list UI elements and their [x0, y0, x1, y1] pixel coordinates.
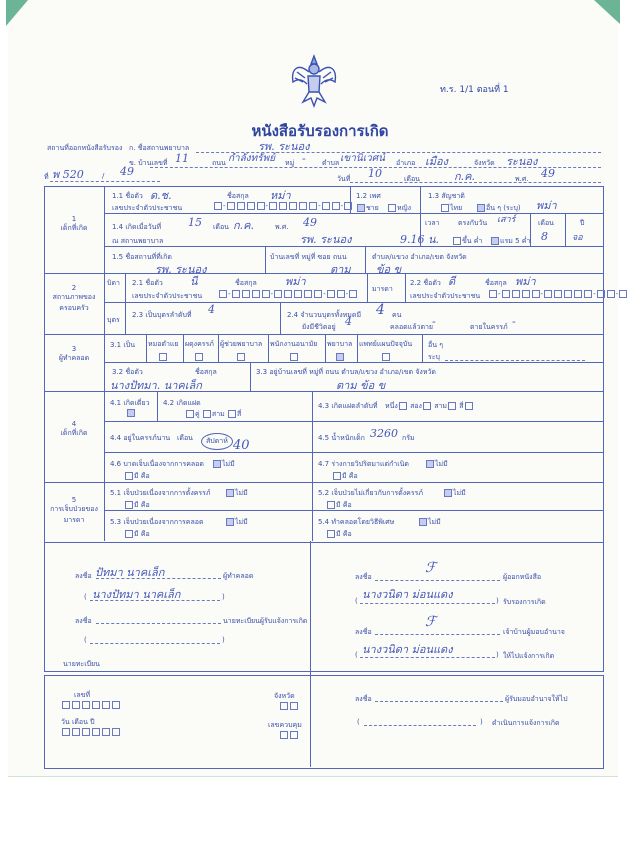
sex-label: 1.2 เพศ [356, 191, 381, 202]
lunar-day-value[interactable]: เสาร์ [497, 212, 515, 226]
child-surname-label: ชื่อสกุล [227, 191, 249, 202]
at-hospital-label: ณ สถานพยาบาล [112, 236, 163, 247]
weight-value[interactable]: 3260 [370, 427, 398, 440]
born-year-label: พ.ศ. [275, 222, 289, 233]
delegate-sign-label: ลงชื่อ [355, 694, 372, 705]
birth-order-label: 2.3 เป็นบุตรลำดับที่ [132, 310, 192, 321]
section-1-heading: 1เด็กที่เกิด [44, 215, 104, 234]
pregnancy-illness-has[interactable]: มี คือ [124, 500, 150, 511]
date-label: วันที่ [337, 174, 350, 185]
control-number-label: เลขควบคุม [268, 720, 302, 731]
deliverer-role: ผู้ทำคลอด [223, 571, 253, 582]
registration-date-label: วัน เดือน ปี [61, 717, 95, 728]
malformation-has-option[interactable]: มี คือ [332, 471, 358, 482]
dead-after-label: คลอดแล้วตาย [390, 322, 433, 333]
malformation-none-option[interactable]: ไม่มี [425, 459, 448, 470]
deliverer-role-option[interactable]: พนักงานอนามัย [270, 339, 317, 361]
injury-none-option[interactable]: ไม่มี [212, 459, 235, 470]
pregnancy-illness-label: 5.1 เจ็บป่วยเนื่องจากการตั้งครรภ์ [110, 488, 211, 499]
time-label: เวลา [425, 218, 440, 229]
sex-female-option[interactable]: หญิง [387, 203, 411, 214]
sex-male-option[interactable]: ชาย [356, 203, 379, 214]
month-label: เดือน [404, 174, 420, 185]
nationality-other-value[interactable]: พม่า [536, 196, 557, 214]
mother-name-value[interactable]: ดี [448, 272, 455, 290]
house-owner-printed-name[interactable]: นางวนิดา ม่อนแดง [362, 640, 453, 658]
doc-no-label: ที่ [44, 172, 49, 183]
house-owner-sign-label: ลงชื่อ [355, 627, 372, 638]
house-owner-role: เจ้าบ้านผู้มอบอำนาจ [503, 627, 565, 638]
injury-has-option[interactable]: มี คือ [124, 471, 150, 482]
father-id-label: เลขประจำตัวประชาชน [132, 291, 202, 302]
child-name-value[interactable]: ด.ช. [150, 186, 172, 204]
father-surname-label: ชื่อสกุล [235, 278, 257, 289]
born-day-value[interactable]: 15 [188, 216, 202, 229]
alive-label: ยังมีชีวิตอยู่ [302, 322, 336, 333]
issuer-signature[interactable]: ℱ [425, 560, 436, 576]
other-illness-has[interactable]: มี คือ [326, 500, 352, 511]
subdistrict-value[interactable]: เขานิเวศน์ [340, 151, 385, 166]
pregnancy-illness-none[interactable]: ไม่มี [225, 488, 248, 499]
special-delivery-has[interactable]: มี คือ [326, 529, 352, 540]
born-year-value[interactable]: 49 [303, 216, 317, 229]
child-name-label: 1.1 ชื่อตัว [112, 191, 143, 202]
mother-surname-label: ชื่อสกุล [485, 278, 507, 289]
issuer-place-label: สถานที่ออกหนังสือรับรอง [47, 143, 122, 154]
registration-number-label: เลขที่ [74, 690, 90, 701]
born-label: 1.4 เกิดเมื่อวันที่ [112, 222, 161, 233]
footer-province-label: จังหวัด [274, 691, 295, 702]
waning-option[interactable]: แรม 5 ค่ำ [490, 236, 530, 247]
born-month-value[interactable]: ก.ค. [233, 216, 254, 234]
lunar-month-label: เดือน [538, 218, 554, 229]
specify-label: ระบุ [428, 352, 440, 363]
mother-name-label: 2.2 ชื่อตัว [410, 278, 441, 289]
father-name-value[interactable]: นี [190, 272, 198, 290]
lunar-day-label: ตรงกับวัน [458, 218, 487, 229]
child-id-label: เลขประจำตัวประชาชน [112, 203, 182, 214]
twin-order-options[interactable]: หนึ่ง สอง สาม สี่ [385, 401, 474, 412]
mother-surname-value[interactable]: พม่า [515, 272, 536, 290]
house-owner-role-2: ให้ไปแจ้งการเกิด [503, 651, 554, 662]
section-2-heading: 2สถานภาพของครอบครัว [44, 284, 104, 314]
special-delivery-none[interactable]: ไม่มี [418, 517, 441, 528]
registration-date-boxes[interactable] [61, 728, 121, 736]
deliverer-address-value[interactable]: ตาม ข้อ ข [336, 376, 385, 394]
birthplace-value[interactable]: รพ. ระนอง [155, 260, 206, 278]
born-month-label: เดือน [213, 222, 229, 233]
section-4-heading: 4เด็กที่เกิด [44, 420, 104, 439]
single-birth-checkbox[interactable] [126, 409, 136, 417]
father-surname-value[interactable]: พม่า [285, 272, 306, 290]
deliverer-name-value[interactable]: นางปัทมา. นาคเล็ก [110, 376, 202, 394]
father-name-label: 2.1 ชื่อตัว [132, 278, 163, 289]
birth-order-value[interactable]: 4 [208, 303, 215, 316]
time-value[interactable]: 9.16 น. [400, 230, 439, 248]
year-value[interactable]: 49 [541, 167, 555, 180]
birth-area-value[interactable]: ข้อ ข [376, 260, 401, 278]
delivery-illness-none[interactable]: ไม่มี [225, 517, 248, 528]
deliverer-role-option[interactable]: พยาบาล [327, 339, 352, 361]
gestation-month-option[interactable]: เดือน [177, 433, 193, 444]
twin-order-label: 4.3 เกิดแฝดลำดับที่ [318, 401, 378, 412]
issuer-role-2: รับรองการเกิด [503, 597, 546, 608]
delegate-role-2: ดำเนินการแจ้งการเกิด [492, 718, 560, 729]
date-value[interactable]: 10 [368, 167, 382, 180]
document-title: หนังสือรับรองการเกิด [0, 119, 640, 143]
garuda-emblem-icon [289, 52, 339, 108]
dead-after-value[interactable]: - [432, 315, 436, 328]
delivery-illness-label: 5.3 เจ็บป่วยเนื่องจากการคลอด [110, 517, 204, 528]
mother-label: มารดา [372, 284, 393, 295]
house-owner-signature[interactable]: ℱ [425, 614, 436, 630]
nationality-thai-option[interactable]: ไทย [440, 203, 462, 214]
waxing-option[interactable]: ขึ้น ค่ำ [452, 236, 482, 247]
year-label: พ.ศ. [515, 174, 529, 185]
issuer-sign-label: ลงชื่อ [355, 572, 372, 583]
deliverer-role-option[interactable]: ผดุงครรภ์ [185, 339, 214, 361]
nationality-label: 1.3 สัญชาติ [428, 191, 465, 202]
dead-womb-label: ตายในครรภ์ [470, 322, 508, 333]
other-illness-label: 5.2 เจ็บป่วยไม่เกี่ยวกับการตั้งครรภ์ [318, 488, 423, 499]
registration-number-boxes[interactable] [61, 701, 121, 709]
other-illness-none[interactable]: ไม่มี [443, 488, 466, 499]
unit-label: คน [392, 310, 401, 321]
weight-label: 4.5 น้ำหนักเด็ก [318, 433, 365, 444]
twin-birth-label: 4.2 เกิดแฝด [163, 398, 201, 409]
form-number: ท.ร. 1/1 ตอนที่ 1 [440, 82, 509, 96]
deliverer-role-label: 3.1 เป็น [110, 340, 135, 351]
malformation-label: 4.7 ร่างกายวิปริตมาแต่กำเนิด [318, 459, 409, 470]
deliverer-role-option[interactable]: หมอตำแย [148, 339, 179, 361]
father-id-boxes[interactable]: ---- [218, 290, 358, 298]
special-delivery-label: 5.4 ทำคลอดโดยวิธีพิเศษ [318, 517, 394, 528]
lunar-year-label: ปี [580, 218, 584, 229]
footer-province-boxes[interactable] [279, 702, 299, 710]
weight-unit: กรัม [402, 433, 415, 444]
registrar-label: นายทะเบียน [63, 659, 100, 670]
lunar-year-value[interactable]: จอ [572, 230, 583, 244]
delegate-role: ผู้รับมอบอำนาจให้ไป [505, 694, 568, 705]
issuer-printed-name[interactable]: นางวนิดา ม่อนแดง [362, 585, 453, 603]
gestation-week-option[interactable]: สัปดาห์ [201, 433, 233, 450]
registrar-sign-label: ลงชื่อ [75, 616, 92, 627]
mother-id-label: เลขประจำตัวประชาชน [410, 291, 480, 302]
mother-id-boxes[interactable]: ---- [488, 290, 628, 298]
deliverer-role-option[interactable]: ผู้ช่วยพยาบาล [220, 339, 262, 361]
twin-options[interactable]: คู่ สาม สี่ [185, 409, 241, 420]
road-value[interactable]: กำลังทรัพย์ [228, 151, 275, 166]
gestation-label: 4.4 อยู่ในครรภ์นาน [110, 433, 170, 444]
issuer-role: ผู้ออกหนังสือ [503, 572, 541, 583]
injury-label: 4.6 บาดเจ็บเนื่องจากการคลอด [110, 459, 204, 470]
paper-corner-right [594, 0, 620, 24]
gestation-value[interactable]: 40 [233, 438, 250, 453]
deliverer-role-option[interactable]: แพทย์แผนปัจจุบัน [359, 339, 412, 361]
alive-value[interactable]: 4 [345, 315, 352, 328]
at-hospital-value[interactable]: รพ. ระนอง [300, 230, 351, 248]
other-role-label: อื่น ๆ [428, 340, 443, 351]
registrar-role: นายทะเบียนผู้รับแจ้งการเกิด [223, 616, 307, 627]
total-children-value[interactable]: 4 [376, 302, 385, 318]
section-3-heading: 3ผู้ทำคลอด [44, 345, 104, 364]
control-number-boxes[interactable] [279, 731, 299, 739]
doc-year-value[interactable]: 49 [120, 165, 134, 178]
paper-corner-left [6, 0, 28, 26]
father-label: บิดา [107, 278, 120, 289]
house-no-value[interactable]: 11 [175, 152, 189, 165]
moo-value[interactable]: - [302, 152, 306, 165]
child-id-boxes[interactable]: ---- [213, 202, 353, 210]
birth-address-value[interactable]: ตาม [330, 260, 351, 278]
single-birth-label: 4.1 เกิดเดี่ยว [110, 398, 150, 409]
section-5-heading: 5การเจ็บป่วยของมารดา [44, 496, 104, 526]
child-label: บุตร [107, 315, 120, 326]
deliverer-sign-label: ลงชื่อ [75, 571, 92, 582]
delivery-illness-has[interactable]: มี คือ [124, 529, 150, 540]
dead-womb-value[interactable]: - [512, 315, 516, 328]
lunar-month-value[interactable]: 8 [541, 230, 548, 243]
